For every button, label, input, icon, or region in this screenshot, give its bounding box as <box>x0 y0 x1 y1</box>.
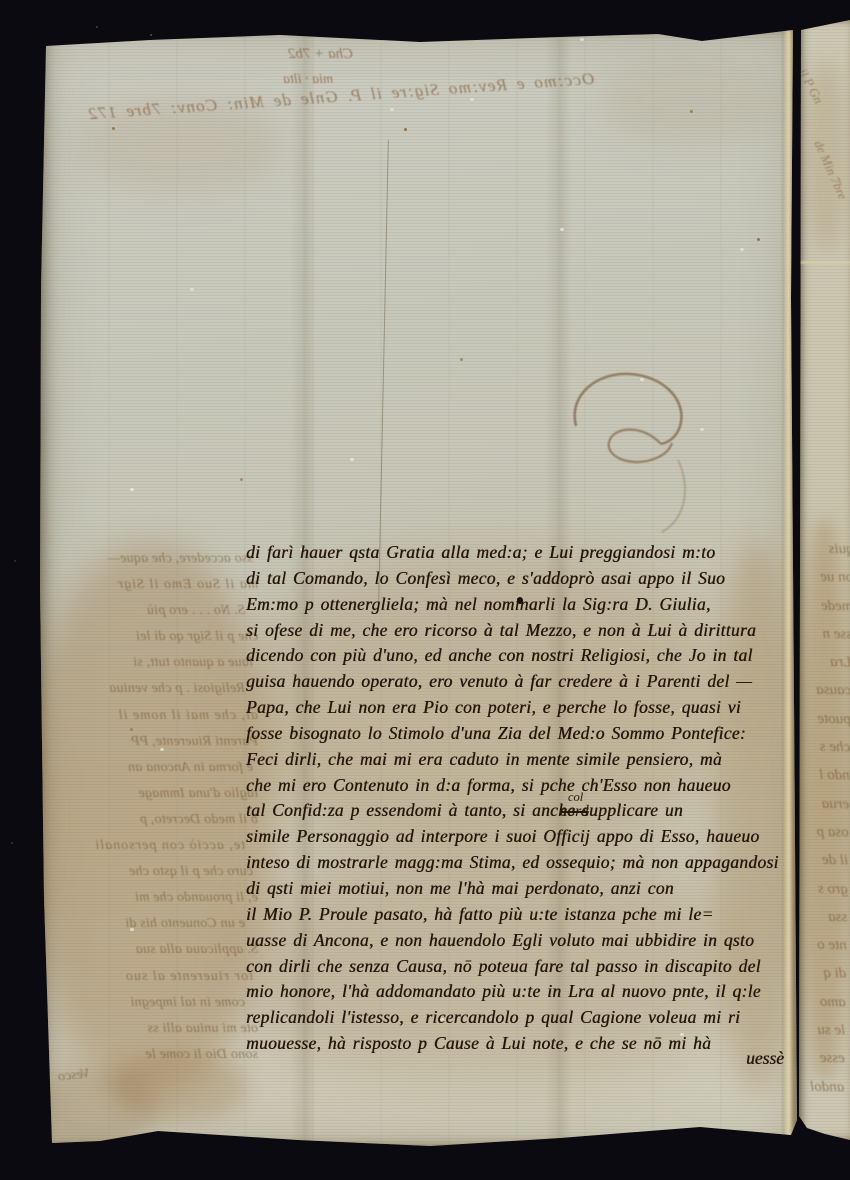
letter-line: mio honore, l'hà addomandato più u:te in… <box>246 979 779 1005</box>
letter-line: si ofese di me, che ero ricorso à tal Me… <box>246 618 779 644</box>
edge-showthrough-line: quis <box>805 535 850 564</box>
letter-line: il Mio P. Proule pasato, hà fatto più u:… <box>246 902 779 928</box>
dust-speck <box>150 34 152 36</box>
top-showthrough-mark: mia · ilta <box>283 72 333 88</box>
verso-showthrough-line: ma il Suo Emo il Sigr <box>44 572 258 598</box>
edge-showthrough-line: andol <box>796 1072 844 1101</box>
letter-line: simile Personaggio ad interpore i suoi O… <box>246 824 779 850</box>
edge-showthrough-line: sse n <box>804 620 850 649</box>
edge-showthrough-line: on ue <box>805 563 850 592</box>
verso-showthrough-line: b il medo Decreto, p <box>44 807 258 833</box>
verso-showthrough-line: tor riuerente al suo <box>44 964 258 990</box>
edge-showthrough-line: osa p <box>801 818 849 847</box>
edge-showthrough-line: erua <box>801 789 849 818</box>
stain <box>36 1068 156 1148</box>
verso-showthrough-line: Parenti Riuerente, PP <box>44 729 258 755</box>
verso-showthrough-line: sono Dio li come le <box>44 1042 258 1068</box>
letter-line: di farì hauer qsta Gratia alla med:a; e … <box>246 540 779 566</box>
edge-showthrough-line: causa <box>803 676 850 705</box>
ink-blot <box>517 597 523 604</box>
letter-text-block: di farì hauer qsta Gratia alla med:a; e … <box>246 540 779 1057</box>
address-showthrough-line: Occ:mo e Rev:mo Sig:re il P. Gnle de Min… <box>133 69 595 121</box>
struck-word: cord <box>560 803 589 821</box>
ink-ring-stain <box>558 364 703 564</box>
top-showthrough-mark: Cha + 7b2 <box>288 46 353 63</box>
verso-showthrough-line: ote mi uniua alli ss <box>44 1016 258 1042</box>
edge-showthrough-line: ssa <box>799 902 847 931</box>
verso-showthrough-line: te, acciò con personali <box>44 833 258 859</box>
horizontal-crease <box>799 261 850 264</box>
edge-showthrough-line: Lra <box>803 648 850 677</box>
letter-line: Feci dirli, che mai mi era caduto in men… <box>246 747 779 773</box>
edge-showthrough-line: puote <box>802 704 850 733</box>
adjacent-page-edge: il P Gn de Min 7bre quis on ue mede sse … <box>799 20 850 1140</box>
verso-showthrough-line: Religiosi . p che veniua <box>44 676 258 702</box>
edge-showthrough-line: gro s <box>800 874 848 903</box>
letter-line: di tal Comando, lo Confesì meco, e s'add… <box>246 566 779 592</box>
letter-line: con dirli che senza Causa, nō poteua far… <box>246 954 779 980</box>
letter-line: Em:mo p ottenergliela; mà nel nominarli … <box>246 592 779 618</box>
edge-showthrough-line: nte o <box>799 931 847 960</box>
dust-speck <box>14 560 16 562</box>
interlinear-correction: col <box>568 790 583 805</box>
verso-showthrough-line: come in tal impegni <box>44 990 258 1016</box>
edge-showthrough-line: il de <box>800 846 848 875</box>
edge-showthrough-line: che s <box>802 733 850 762</box>
edge-showthrough-line: mede <box>804 591 850 620</box>
letter-line: inteso di mostrarle magg:ma Stima, ed os… <box>246 850 779 876</box>
crease-hairline <box>378 140 389 602</box>
verso-showthrough-line: taglio d'una Immage <box>44 781 258 807</box>
letter-line: fosse bisognato lo Stimolo d'una Zia del… <box>246 721 779 747</box>
stain <box>598 58 783 143</box>
verso-showthrough-line: S. applicaua alla sua <box>44 937 258 963</box>
edge-showthrough-line: amo <box>798 987 846 1016</box>
edge-showthrough-band: quis on ue mede sse n Lra causa puote ch… <box>796 535 850 1102</box>
fold-crease-ridge <box>782 28 797 1148</box>
letter-line: Papa, che Lui non era Pio con poteri, e … <box>246 695 779 721</box>
letter-line: che mi ero Contenuto in d:a forma, si pc… <box>246 773 779 799</box>
verso-showthrough-line: e, li prouando che mi <box>44 885 258 911</box>
verso-showthrough-line: e forma in Ancona an <box>44 755 258 781</box>
verso-showthrough-line: sso accedere, che aque— <box>44 546 258 572</box>
edge-showthrough-line: esse <box>797 1044 845 1073</box>
foxing-speck-layer <box>404 128 407 131</box>
letter-line: dicendo con più d'uno, ed anche con nost… <box>246 643 779 669</box>
dust-speck <box>96 26 98 28</box>
paper-fleck-layer <box>350 458 354 461</box>
verso-showthrough-line: che p il Sigr qo di lei <box>44 624 258 650</box>
letter-line: di qsti miei motiui, non me l'hà mai per… <box>246 876 779 902</box>
archival-photo: { "photo": { "background_color": "#0a0a1… <box>0 0 850 1180</box>
verso-showthrough-line: e un Conuento his di <box>44 911 258 937</box>
verso-showthrough-line: curo che p il qsto che <box>44 859 258 885</box>
edge-showthrough-line: di q <box>798 959 846 988</box>
catchword: uessè <box>746 1048 784 1069</box>
edge-showthrough-line: le su <box>797 1016 845 1045</box>
letter-line: uasse di Ancona, e non hauendolo Egli vo… <box>246 928 779 954</box>
verso-corner-word: Vesco <box>57 1066 90 1085</box>
verso-showthrough-line: S. No . . . ero più <box>44 598 258 624</box>
verso-showthrough-line: ai, che mai il nome il <box>44 703 258 729</box>
letter-line: guisa hauendo operato, ero venuto à far … <box>246 669 779 695</box>
letter-line: replicandoli l'istesso, e ricercandolo p… <box>246 1005 779 1031</box>
edge-showthrough-line: ndo l <box>801 761 849 790</box>
letter-line: tal Confid:za p essendomi à tanto, si an… <box>246 798 779 824</box>
manuscript-page: Cha + 7b2 mia · ilta Occ:mo e Rev:mo Sig… <box>40 28 797 1148</box>
verso-showthrough-line: laue a quanto tutt, si <box>44 650 258 676</box>
letter-line: muouesse, hà risposto p Cause à Lui note… <box>246 1031 779 1057</box>
verso-showthrough-band: sso accedere, che aque— ma il Suo Emo il… <box>44 546 258 1068</box>
dust-speck <box>11 842 13 844</box>
